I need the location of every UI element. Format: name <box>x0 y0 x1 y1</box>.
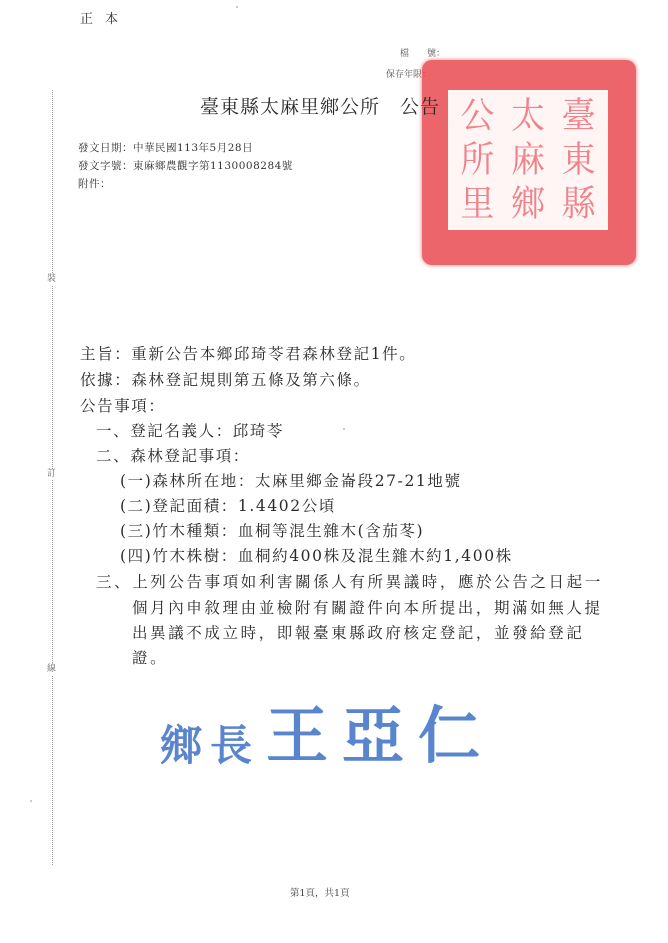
scan-speck <box>30 800 32 802</box>
document-title: 臺東縣太麻里鄉公所 公告 <box>200 92 440 119</box>
seal-char: 麻 <box>503 137 554 183</box>
notice-item-3-line-3: 出異議不成立時，即報臺東縣政府核定登記，並發給登記 <box>132 623 585 643</box>
copy-label: 正本 <box>80 8 130 27</box>
notice-subitem-2: (二)登記面積：1.4402公頃 <box>120 496 336 516</box>
binding-mark-xian: 線 <box>47 664 56 675</box>
seal-char: 縣 <box>553 181 604 227</box>
notice-item-2: 二、森林登記事項： <box>96 446 250 466</box>
seal-char: 里 <box>452 181 503 227</box>
file-number-label: 檔 號： <box>400 46 445 59</box>
notice-item-3-line-2: 個月內申敘理由並檢附有關證件向本所提出，期滿如無人提 <box>132 598 603 618</box>
attachment-label: 附件： <box>78 176 111 191</box>
seal-characters: 臺 東 縣 太 麻 鄉 公 所 里 <box>448 90 608 230</box>
notice-subitem-1: (一)森林所在地：太麻里鄉金崙段27-21地號 <box>120 471 462 491</box>
notice-item-1: 一、登記名義人：邱琦苓 <box>96 421 284 441</box>
notice-item-3-line-4: 證。 <box>132 648 168 668</box>
scan-speck <box>236 6 238 8</box>
binding-mark-ding: 訂 <box>47 469 56 480</box>
seal-char: 臺 <box>553 93 604 139</box>
seal-char: 所 <box>452 137 503 183</box>
page-indicator: 第1頁，共1頁 <box>290 885 350 899</box>
signature-char: 王 <box>266 705 328 767</box>
notice-heading: 公告事項： <box>80 396 166 416</box>
issue-number: 發文字號：東麻鄉農觀字第1130008284號 <box>78 158 293 173</box>
notice-subitem-3: (三)竹木種類：血桐等混生雜木(含茄苳) <box>120 521 424 541</box>
notice-subitem-4: (四)竹木株樹：血桐約400株及混生雜木約1,400株 <box>120 546 513 566</box>
scan-speck <box>343 428 345 430</box>
seal-char: 太 <box>503 93 554 139</box>
notice-item-3-line-1: 三、上列公告事項如利害關係人有所異議時，應於公告之日起一 <box>96 572 603 592</box>
seal-char: 公 <box>452 93 503 139</box>
signature-char: 仁 <box>418 705 480 767</box>
seal-char: 東 <box>553 137 604 183</box>
basis-line: 依據：森林登記規則第五條及第六條。 <box>80 370 371 390</box>
mayor-signature-stamp: 鄉 長 王 亞 仁 <box>160 705 480 767</box>
signature-char: 長 <box>210 725 252 767</box>
subject-line: 主旨：重新公告本鄉邱琦苓君森林登記1件。 <box>80 344 416 364</box>
signature-char: 亞 <box>342 705 404 767</box>
binding-mark-zhuang: 裝 <box>47 274 56 285</box>
official-seal-stamp: 臺 東 縣 太 麻 鄉 公 所 里 <box>422 60 636 265</box>
issue-date: 發文日期：中華民國113年5月28日 <box>78 140 253 155</box>
seal-char: 鄉 <box>503 181 554 227</box>
signature-char: 鄉 <box>160 725 202 767</box>
